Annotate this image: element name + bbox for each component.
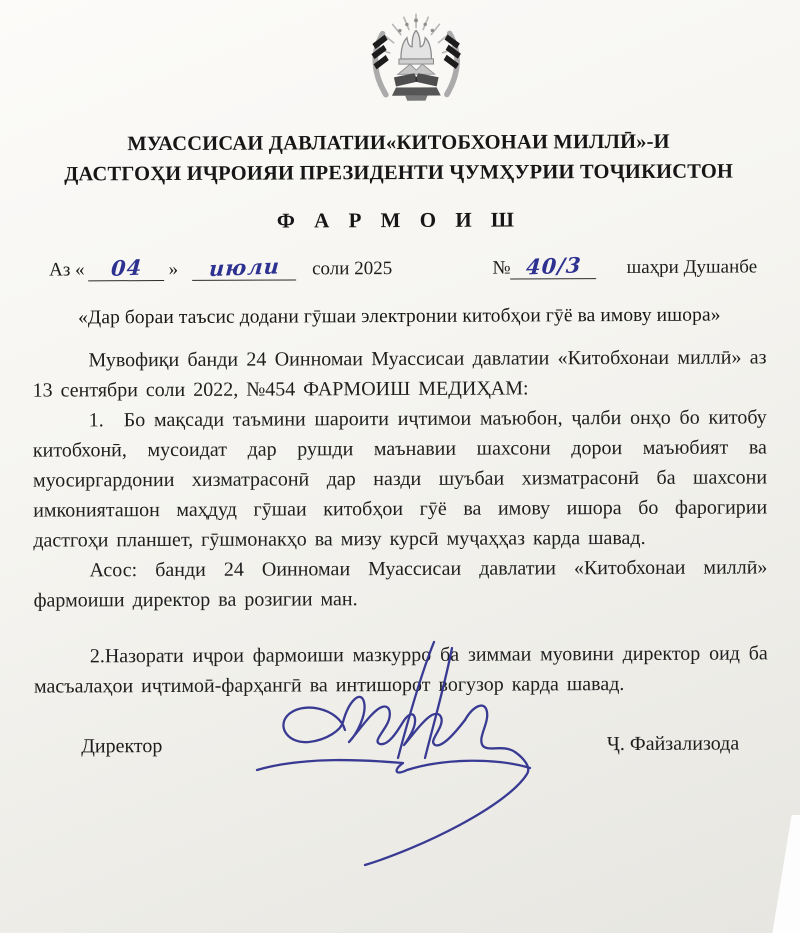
paragraph-basis: Асос: банди 24 Оинномаи Муассисаи давлат… [33, 552, 767, 615]
coat-of-arms-icon [355, 6, 477, 105]
doc-number-label: № [492, 258, 510, 280]
paragraph-item-2: 2.Назорати иҷрои фармоиши мазкурро ба зи… [34, 638, 768, 701]
document-page: МУАССИСАИ ДАВЛАТИИ«КИТОБХОНАИ МИЛЛӢ»-И Д… [0, 0, 800, 933]
org-name-line1: МУАССИСАИ ДАВЛАТИИ«КИТОБХОНАИ МИЛЛӢ»-И [0, 126, 799, 159]
org-name-line2: ДАСТГОҲИ ИҶРОИЯИ ПРЕЗИДЕНТИ ҶУМҲУРИИ ТОҶ… [0, 156, 799, 189]
doc-number-group: № 40/3 шаҳри Душанбе [492, 255, 757, 279]
doc-number-handwriting: 40/3 [525, 255, 582, 277]
date-year: соли 2025 [312, 258, 392, 280]
doc-kind-heading: Ф А Р М О И Ш [0, 206, 799, 234]
document-content: МУАССИСАИ ДАВЛАТИИ«КИТОБХОНАИ МИЛЛӢ»-И Д… [0, 4, 800, 933]
paragraph-item-1: 1. Бо мақсади таъмини шароити иҷтимои ма… [33, 402, 768, 555]
paragraph-preamble: Мувофиқи банди 24 Оинномаи Муассисаи дав… [32, 342, 766, 405]
date-day-field: 04 [89, 258, 165, 281]
signer-role: Директор [81, 735, 162, 758]
city-label: шаҳри Душанбе [627, 256, 758, 279]
org-name: МУАССИСАИ ДАВЛАТИИ«КИТОБХОНАИ МИЛЛӢ»-И Д… [0, 126, 799, 189]
date-day-handwriting: 04 [110, 258, 143, 279]
dateline: Аз « 04 » июли соли 2025 № 40/3 шаҳри Ду… [0, 255, 799, 281]
date-month-handwriting: июли [208, 256, 280, 279]
doc-title: «Дар бораи таъсис додани гӯшаи электрони… [0, 304, 799, 329]
doc-number-field: 40/3 [511, 256, 597, 279]
date-month-field: июли [192, 257, 296, 280]
date-prefix: Аз « [49, 259, 85, 281]
signature-row: Директор Ҷ. Файзализода [1, 732, 800, 758]
doc-body: Мувофиқи банди 24 Оинномаи Муассисаи дав… [0, 342, 800, 701]
date-quote-close: » [169, 259, 179, 281]
signer-name: Ҷ. Файзализода [607, 733, 739, 757]
